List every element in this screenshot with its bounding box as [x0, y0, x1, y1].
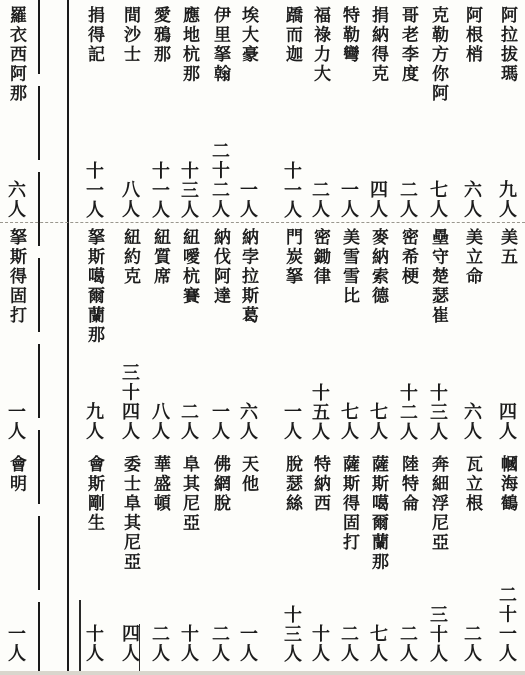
state-name: 拏斯噶爾蘭那	[85, 228, 102, 345]
state-name: 密希梗	[399, 228, 416, 287]
bottom-grid-tick	[79, 600, 81, 673]
person-count: 一人	[282, 402, 300, 441]
person-count: 一人	[238, 624, 256, 663]
state-name: 佛網脫	[211, 455, 228, 514]
person-count: 二人	[339, 624, 357, 663]
person-count: 十三人	[428, 383, 446, 442]
state-name: 門炭拏	[283, 228, 300, 287]
person-count: 六人	[462, 180, 480, 219]
state-name: 間沙士	[121, 6, 138, 65]
state-name: 蹻而迦	[283, 6, 300, 65]
person-count: 一人	[6, 624, 24, 663]
state-name: 埃大豪	[239, 6, 256, 65]
person-count: 十五人	[310, 383, 328, 442]
person-count: 十二人	[398, 383, 416, 442]
person-count: 六人	[238, 402, 256, 441]
person-count: 九人	[497, 180, 515, 219]
state-name: 會斯剛生	[85, 455, 102, 533]
state-name: 幗海鶴	[498, 455, 515, 514]
state-name: 羅衣西阿那	[7, 6, 24, 104]
person-count: 四人	[497, 402, 515, 441]
person-count: 十人	[84, 624, 102, 663]
state-name: 愛鴉那	[151, 6, 168, 65]
state-name: 紐約克	[121, 228, 138, 287]
person-count: 二人	[179, 402, 197, 441]
state-name: 天他	[239, 455, 256, 494]
state-name: 阿根梢	[463, 6, 480, 65]
person-count: 一人	[210, 402, 228, 441]
person-count: 一人	[238, 180, 256, 219]
state-name: 脫瑟絲	[283, 455, 300, 514]
person-count: 四人	[368, 180, 386, 219]
person-count: 十一人	[84, 161, 102, 220]
person-count: 十人	[310, 624, 328, 663]
state-name: 哥老李度	[399, 6, 416, 84]
person-count: 四人	[120, 624, 138, 663]
person-count: 七人	[339, 402, 357, 441]
state-name: 麥納索德	[369, 228, 386, 306]
state-name: 阿拉拔瑪	[498, 6, 515, 84]
column-rule-left-outer	[38, 0, 40, 675]
state-name: 紐質席	[151, 228, 168, 287]
person-count: 十三人	[282, 605, 300, 664]
person-count: 二十二人	[210, 141, 228, 219]
state-name: 拏斯得固打	[7, 228, 24, 326]
state-name: 美五	[498, 228, 515, 267]
state-name: 密鋤律	[311, 228, 328, 287]
state-name: 阜其尼亞	[180, 455, 197, 533]
person-count: 一人	[339, 180, 357, 219]
state-name: 納孛拉斯葛	[239, 228, 256, 326]
state-name: 會明	[7, 455, 24, 494]
state-name: 特納西	[311, 455, 328, 514]
state-name: 克勒方你阿	[429, 6, 446, 104]
person-count: 七人	[428, 180, 446, 219]
state-name: 應地杭那	[180, 6, 197, 84]
person-count: 三十四人	[120, 363, 138, 441]
person-count: 六人	[6, 180, 24, 219]
state-name: 福祿力大	[311, 6, 328, 84]
state-name: 奔細浮尼亞	[429, 455, 446, 553]
person-count: 二十一人	[497, 585, 515, 663]
column-rule-left-inner	[67, 0, 69, 675]
state-name: 華盛頓	[151, 455, 168, 514]
state-name: 捐納得克	[369, 6, 386, 84]
person-count: 一人	[6, 402, 24, 441]
page-edge-shadow	[0, 671, 525, 675]
state-name: 委士阜其尼亞	[121, 455, 138, 572]
state-name: 捐得記	[85, 6, 102, 65]
person-count: 十一人	[282, 161, 300, 220]
person-count: 二人	[150, 624, 168, 663]
state-name: 特勒彎	[340, 6, 357, 65]
person-count: 八人	[150, 402, 168, 441]
scanned-book-page: 阿拉拔瑪九人美五四人幗海鶴二十一人阿根梢六人美立命六人瓦立根二人克勒方你阿七人壘…	[0, 0, 525, 675]
person-count: 二人	[398, 180, 416, 219]
state-name: 薩斯噶爾蘭那	[369, 455, 386, 572]
person-count: 七人	[368, 402, 386, 441]
person-count: 二人	[210, 624, 228, 663]
state-name: 美立命	[463, 228, 480, 287]
person-count: 三十人	[428, 605, 446, 664]
state-name: 陸特侖	[399, 455, 416, 514]
person-count: 二人	[462, 624, 480, 663]
person-count: 二人	[398, 624, 416, 663]
person-count: 九人	[84, 402, 102, 441]
person-count: 十人	[179, 624, 197, 663]
state-name: 納伐阿達	[211, 228, 228, 306]
state-name: 壘守楚瑟崔	[429, 228, 446, 326]
state-name: 美雪雪比	[340, 228, 357, 306]
person-count: 八人	[120, 180, 138, 219]
person-count: 七人	[368, 624, 386, 663]
state-name: 薩斯得固打	[340, 455, 357, 553]
state-name: 伊里拏翰	[211, 6, 228, 84]
person-count: 二人	[310, 180, 328, 219]
person-count: 六人	[462, 402, 480, 441]
state-name: 瓦立根	[463, 455, 480, 514]
state-name: 紐噯杭賽	[180, 228, 197, 306]
person-count: 十一人	[150, 161, 168, 220]
row-separator-artifact	[0, 222, 525, 223]
person-count: 十三人	[179, 161, 197, 220]
